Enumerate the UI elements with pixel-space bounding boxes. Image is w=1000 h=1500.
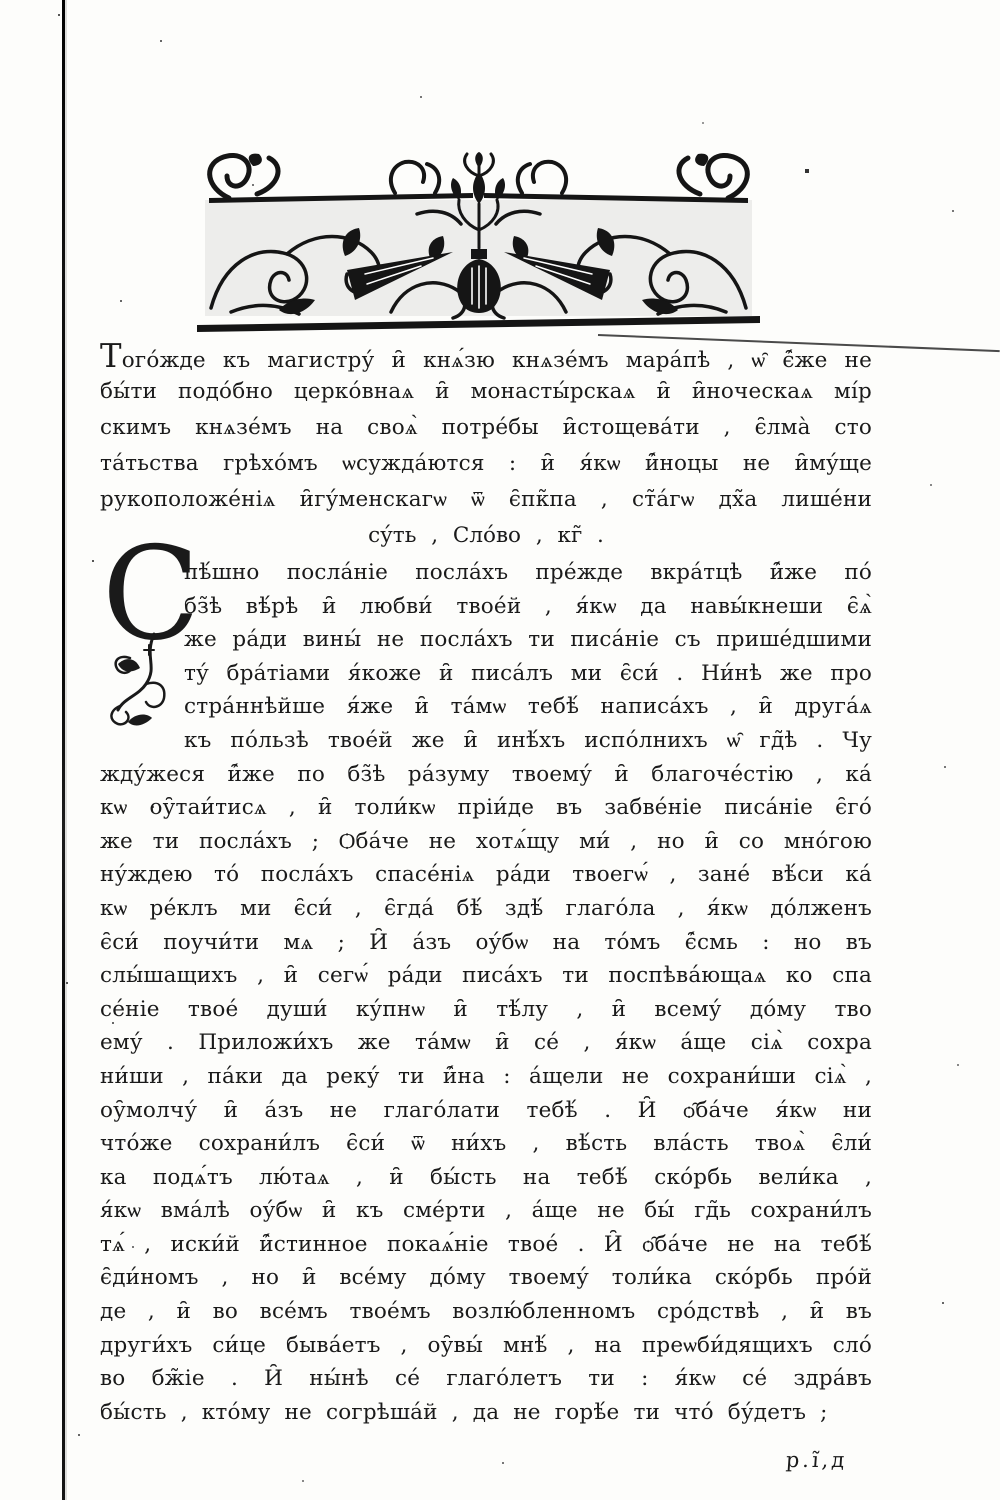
text-line: рукоположе́ніѧ и̑гу́менскагѡ ѿ є̑пк̃па ,… <box>100 482 872 518</box>
book-page: Того́жде къ магистру́ и̑ кнѧ́зю кнѧзе́мъ… <box>0 0 1000 1500</box>
page-signature: р.і̃,д <box>785 1448 848 1472</box>
text-line: къ по́льзѣ твое́й же и̑ инѣ́хъ испо́лних… <box>100 724 872 758</box>
text-line: кѡ ре́клъ ми є̑си́ , є̑гда́ бѣ́ здѣ́ гла… <box>100 892 872 926</box>
body-lines: пѣ́шно посла́ніе посла́хъ пре́жде вкра́т… <box>100 556 872 1429</box>
text-line: се́ніе твое́ души́ ку́пнѡ и̑ тѣ́лу , и̑ … <box>100 993 872 1027</box>
text-line: пѣ́шно посла́ніе посла́хъ пре́жде вкра́т… <box>100 556 872 590</box>
text-line: бз̃ѣ вѣ́рѣ и̑ любви́ твое́й , я́кѡ да на… <box>100 590 872 624</box>
text-line: де , и̑ во все́мъ твое́мъ возлю́бленномъ… <box>100 1295 872 1329</box>
text-line: ни́ши , па́ки да реку́ ти и̑́на : а́щели… <box>100 1060 872 1094</box>
chapter-subtitle-line: су́ть , Сло́во , кг̃ . <box>100 518 872 554</box>
ornate-initial-icon: С <box>100 534 184 730</box>
text-line: ему́ . Приложи́хъ же та́мѡ и̑ се́ , я́кѡ… <box>100 1026 872 1060</box>
text-line: оу̑молчу́ и̑ а́зъ не глаго́лати тебѣ́ . … <box>100 1094 872 1128</box>
text-line: ка подѧ́тъ лю́таѧ , и̑ бы́сть на тебѣ́ с… <box>100 1161 872 1195</box>
chapter-heading: Того́жде къ магистру́ и̑ кнѧ́зю кнѧзе́мъ… <box>100 338 872 518</box>
text-line: жду́жеся и̑́же по бз̃ѣ ра́зуму твоему́ и… <box>100 758 872 792</box>
text-line: ту́ бра́тіами я́коже и̑ писа́лъ ми є̑си́… <box>100 657 872 691</box>
text-line: бы́ти подо́бно церко́внаѧ и̑ монасты́рск… <box>100 374 872 410</box>
text-line: же ти посла́хъ ; Ѻба́че не хотѧ́щу ми́ ,… <box>100 825 872 859</box>
text-line: стра́ннѣйше я́же и̑ та́мѡ тебѣ́ написа́х… <box>100 690 872 724</box>
text-block: Того́жде къ магистру́ и̑ кнѧ́зю кнѧзе́мъ… <box>100 338 872 1429</box>
text-line: є̑ди́номъ , но и̑ все́му до́му твоему́ т… <box>100 1261 872 1295</box>
binding-edge-line <box>62 0 65 1500</box>
text-line: же ра́ди вины́ не посла́хъ ти писа́ніе с… <box>100 623 872 657</box>
text-line: други́хъ си́це быва́етъ , оу̑вы́ мнѣ́ , … <box>100 1329 872 1363</box>
body-text: С пѣ́шно посла́ніе посла́хъ пре́жде вкра… <box>100 556 872 1429</box>
text-line: скимъ кнѧзе́мъ на своѧ̀ потре́бы и̑стоще… <box>100 410 872 446</box>
text-line: тѧ́ , иски́й и̑́стинное покаѧ́ніе твое́ … <box>100 1228 872 1262</box>
headpiece-ornament-icon <box>195 152 762 332</box>
text-line: я́кѡ вма́лѣ оу́бѡ и̑ къ сме́рти , а́ще н… <box>100 1194 872 1228</box>
text-line: во бж̃іе . И̑ ны́нѣ се́ глаго́летъ ти : … <box>100 1362 872 1396</box>
text-line: Того́жде къ магистру́ и̑ кнѧ́зю кнѧзе́мъ… <box>100 338 872 374</box>
text-line: ну́ждею то́ посла́хъ спасе́ніѧ ра́ди тво… <box>100 858 872 892</box>
initial-letter-ornament: С <box>100 556 184 724</box>
text-line: та́тьства грѣхо́мъ ѡсужда́ются : и̑ я́кѡ… <box>100 446 872 482</box>
text-line: что́же сохрани́лъ є̑си́ ѿ ни́хъ , вѣ́сть… <box>100 1127 872 1161</box>
text-line: є̑си́ поучи́ти мѧ ; И̑ а́зъ оу́бѡ на то́… <box>100 926 872 960</box>
text-line: бы́сть , кто́му не согрѣша́й , да не гор… <box>100 1396 872 1430</box>
text-line: кѡ оу̑таи́тисѧ , и̑ толи́кѡ пріи́де въ з… <box>100 791 872 825</box>
paper-specks <box>0 0 2 2</box>
text-line: слы́шащихъ , и̑ сегѡ́ ра́ди писа́хъ ти п… <box>100 959 872 993</box>
